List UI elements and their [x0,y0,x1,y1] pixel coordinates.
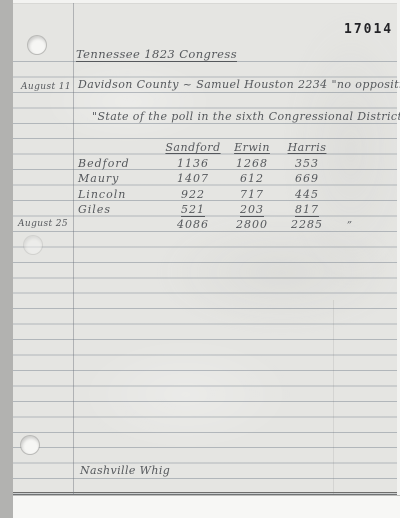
total-value: 4086 [162,218,224,231]
scanned-document: 17014 Tennessee 1823 Congress August 11 … [0,0,400,518]
poll-quote: "State of the poll in the sixth Congress… [92,110,400,123]
vote-value: 203 [224,203,280,216]
vote-value: 669 [281,172,333,185]
column-header-sandford: Sandford [162,141,224,154]
vote-value: 922 [162,188,224,201]
total-value: 2285 [281,218,333,231]
vote-value: 521 [162,203,224,216]
vote-value: 612 [224,172,280,185]
punch-hole [24,236,42,254]
county-label: Bedford [78,157,163,170]
margin-line [73,3,74,495]
vote-value: 717 [224,188,280,201]
county-label: Maury [78,172,163,185]
totals-date: August 25 [18,219,68,229]
scanner-background [0,0,13,518]
county-label: Lincoln [78,188,163,201]
ditto-mark: „ [347,214,353,225]
county-label: Giles [78,203,163,216]
punch-hole [28,36,46,54]
stamp-number: 17014 [344,22,393,37]
punch-hole [21,436,39,454]
vote-value: 445 [281,188,333,201]
entry-text: Davidson County ~ Samuel Houston 2234 "n… [78,78,400,91]
fold-crease [333,300,334,495]
vote-value: 1407 [162,172,224,185]
doc-title: Tennessee 1823 Congress [76,47,237,61]
vote-value: 1136 [162,157,224,170]
entry-date: August 11 [21,82,71,92]
column-header-harris: Harris [281,141,333,154]
total-value: 2800 [224,218,280,231]
underlying-sheet [13,495,400,518]
vote-value: 353 [281,157,333,170]
column-header-erwin: Erwin [224,141,280,154]
vote-value: 817 [281,203,333,216]
ruled-lines [13,61,397,495]
vote-value: 1268 [224,157,280,170]
source-citation: Nashville Whig [80,464,170,477]
